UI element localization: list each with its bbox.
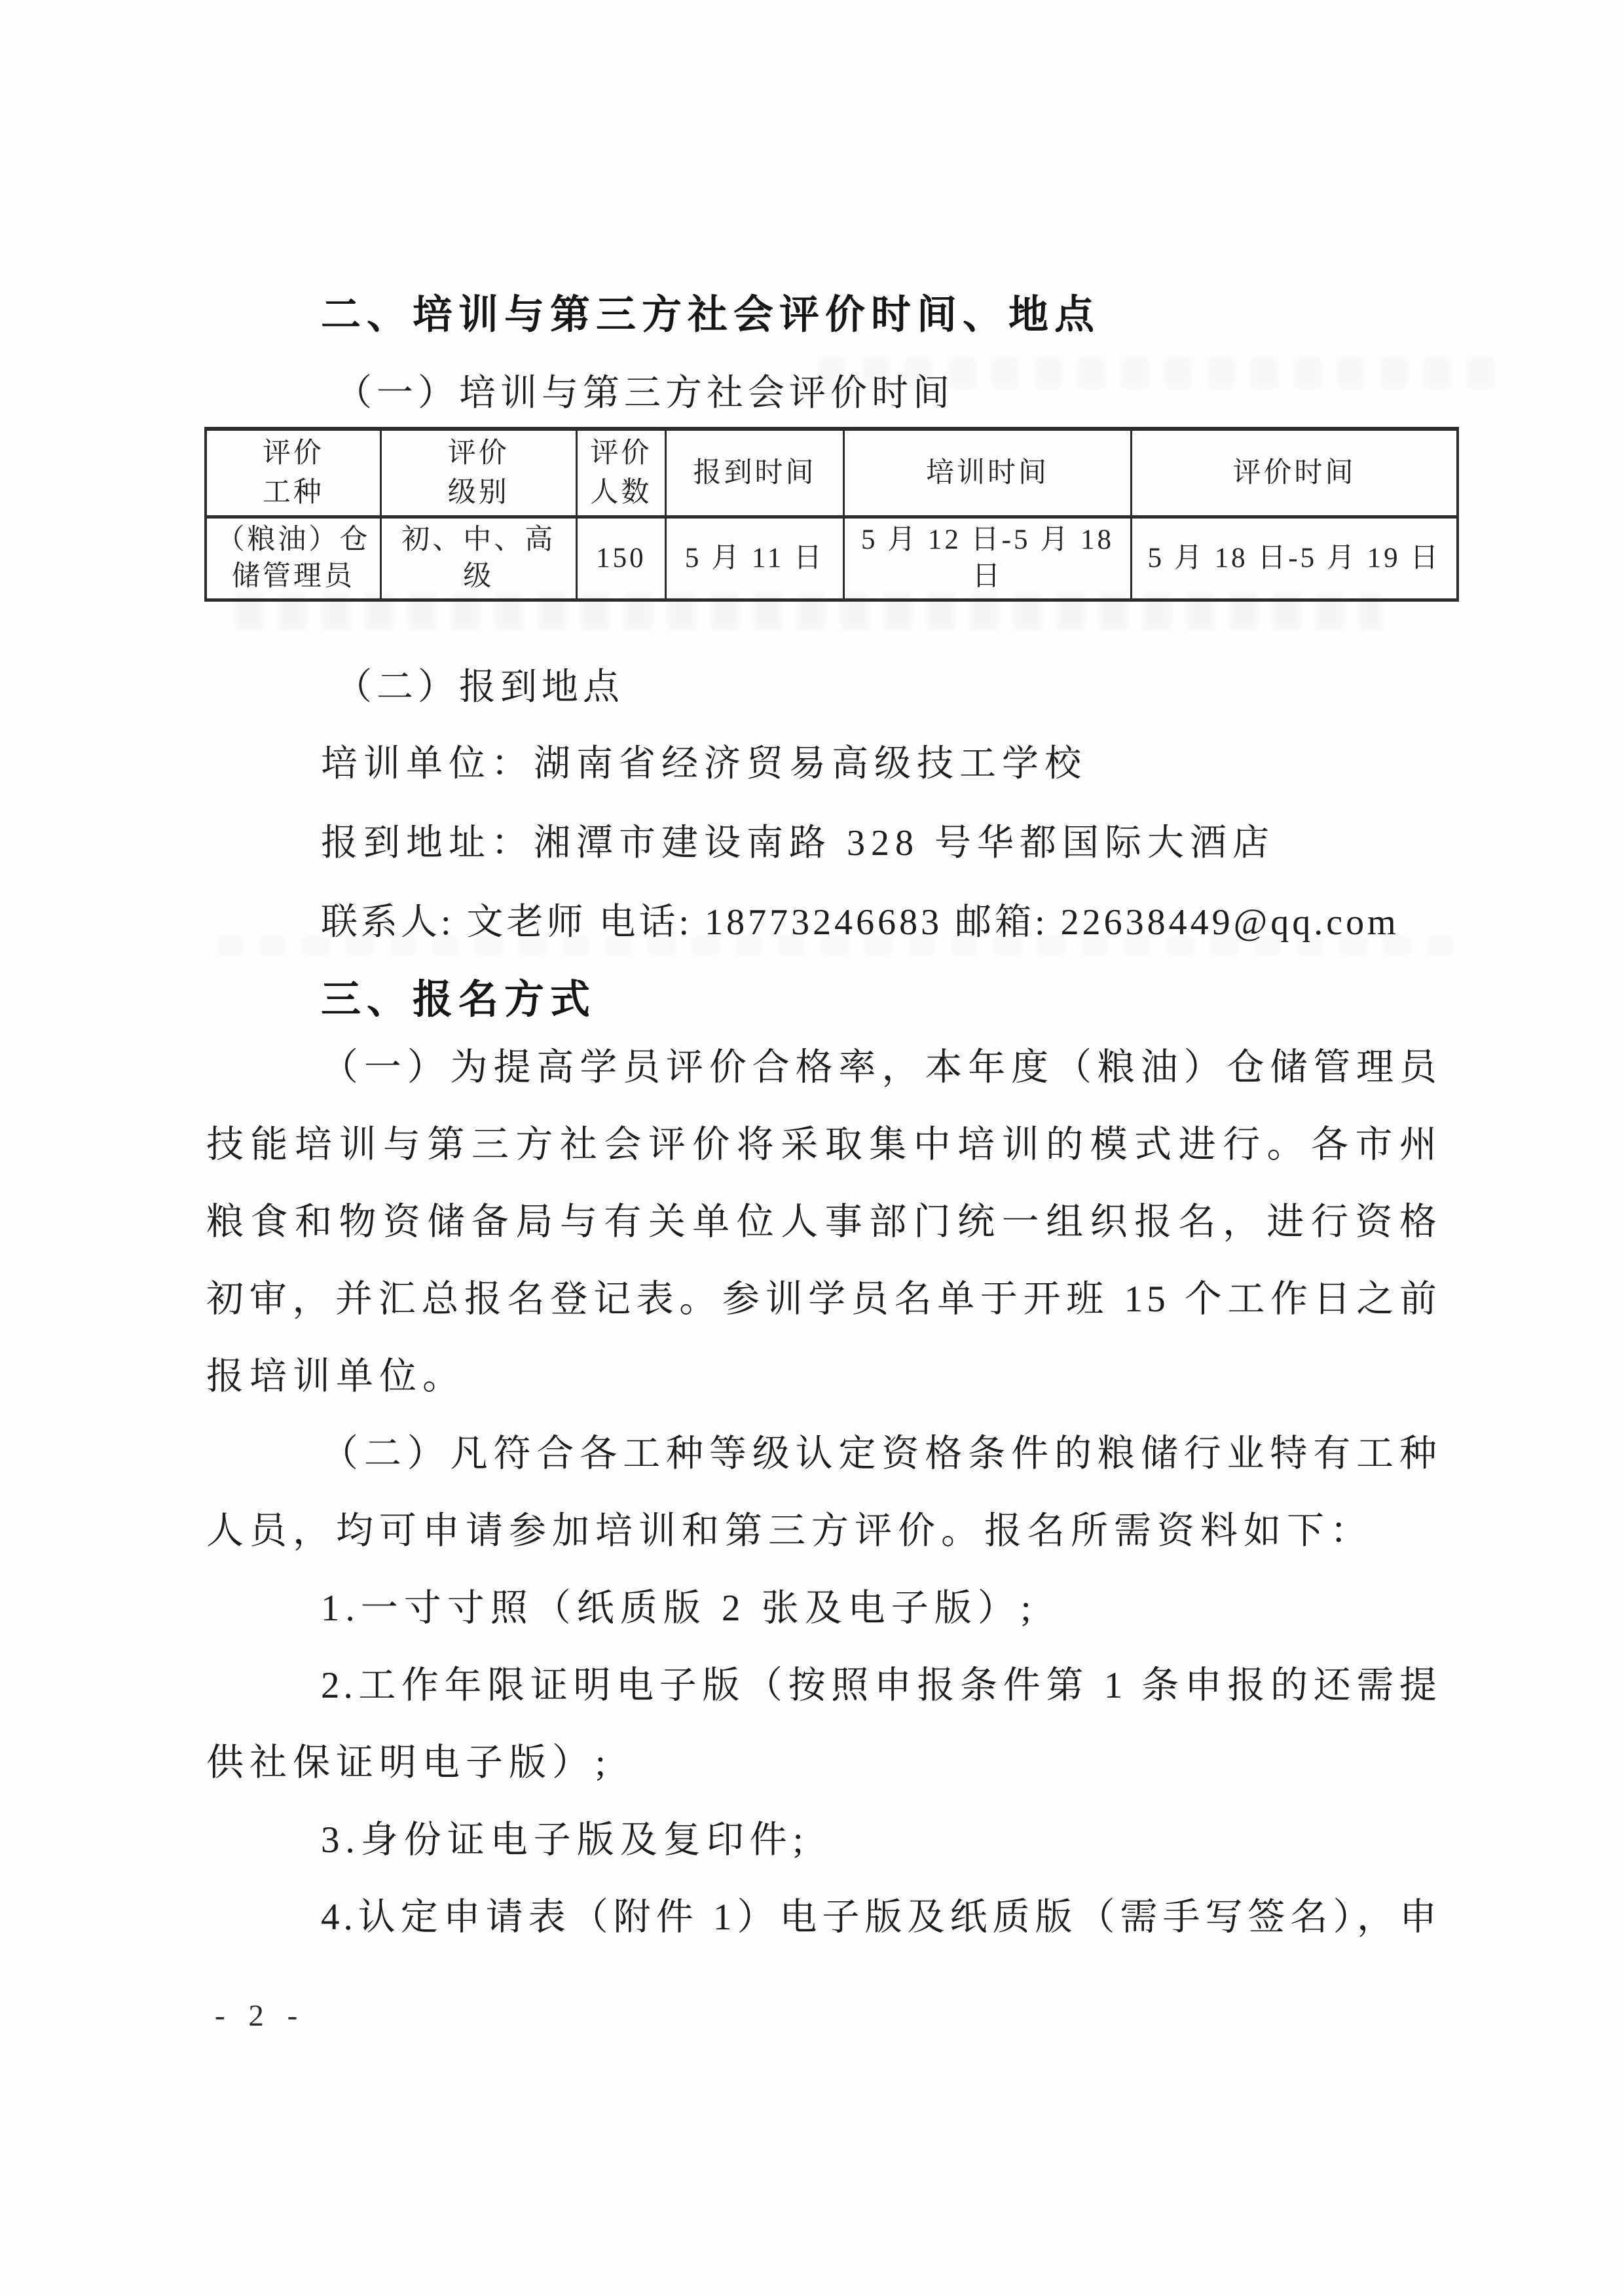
- section2-sub1-heading: （一）培训与第三方社会评价时间: [335, 364, 954, 416]
- table-header-count: 评价 人数: [578, 431, 667, 519]
- table-header-checkin-time: 报到时间: [667, 431, 845, 519]
- table-cell-level: 初、中、高级: [382, 519, 578, 598]
- table-header-training-time: 培训时间: [845, 431, 1132, 519]
- paragraph-line: 报培训单位。: [206, 1338, 1441, 1415]
- table-cell-training-time: 5 月 12 日-5 月 18 日: [845, 519, 1132, 598]
- table-header-level: 评价 级别: [382, 431, 578, 519]
- paragraph-line: （二）凡符合各工种等级认定资格条件的粮储行业特有工种: [206, 1415, 1441, 1493]
- table-cell-count: 150: [578, 519, 667, 598]
- section3-heading: 三、报名方式: [321, 968, 596, 1025]
- paragraph-line: 人员，均可申请参加培训和第三方评价。报名所需资料如下：: [206, 1493, 1441, 1570]
- paragraph-line: 初审，并汇总报名登记表。参训学员名单于开班 15 个工作日之前: [206, 1261, 1441, 1338]
- page-number: - 2 -: [215, 1998, 305, 2033]
- table-header-evaluation-time: 评价时间: [1132, 431, 1456, 519]
- list-item-line: 1.一寸寸照（纸质版 2 张及电子版）;: [206, 1570, 1441, 1647]
- table-cell-occupation: （粮油）仓储管理员: [207, 519, 382, 598]
- document-page: 二、培训与第三方社会评价时间、地点 （一）培训与第三方社会评价时间 评价 工种 …: [0, 0, 1624, 2296]
- table-header-occupation: 评价 工种: [207, 431, 382, 519]
- paragraph-line: 粮食和物资储备局与有关单位人事部门统一组织报名，进行资格: [206, 1184, 1441, 1261]
- table-cell-evaluation-time: 5 月 18 日-5 月 19 日: [1132, 519, 1456, 598]
- training-unit-line: 培训单位：湖南省经济贸易高级技工学校: [206, 735, 1441, 787]
- list-item-line: 4.认定申请表（附件 1）电子版及纸质版（需手写签名），申: [206, 1879, 1441, 1956]
- section2-sub2-heading: （二）报到地点: [335, 658, 624, 710]
- section3-body: （一）为提高学员评价合格率，本年度（粮油）仓储管理员 技能培训与第三方社会评价将…: [206, 1029, 1441, 1956]
- paragraph-line: 技能培训与第三方社会评价将采取集中培训的模式进行。各市州: [206, 1106, 1441, 1184]
- evaluation-schedule-table: 评价 工种 评价 级别 评价 人数 报到时间 培训时间 评价时间 （粮油）仓储管…: [204, 427, 1459, 602]
- list-item-line: 供社保证明电子版）;: [206, 1724, 1441, 1802]
- paragraph-line: （一）为提高学员评价合格率，本年度（粮油）仓储管理员: [206, 1029, 1441, 1106]
- table-cell-checkin-time: 5 月 11 日: [667, 519, 845, 598]
- list-item-line: 3.身份证电子版及复印件;: [206, 1802, 1441, 1879]
- list-item-line: 2.工作年限证明电子版（按照申报条件第 1 条申报的还需提: [206, 1647, 1441, 1724]
- checkin-address-line: 报到地址：湘潭市建设南路 328 号华都国际大酒店: [206, 814, 1441, 866]
- section2-heading: 二、培训与第三方社会评价时间、地点: [321, 283, 1100, 340]
- contact-line: 联系人: 文老师 电话: 18773246683 邮箱: 22638449@qq…: [206, 893, 1441, 945]
